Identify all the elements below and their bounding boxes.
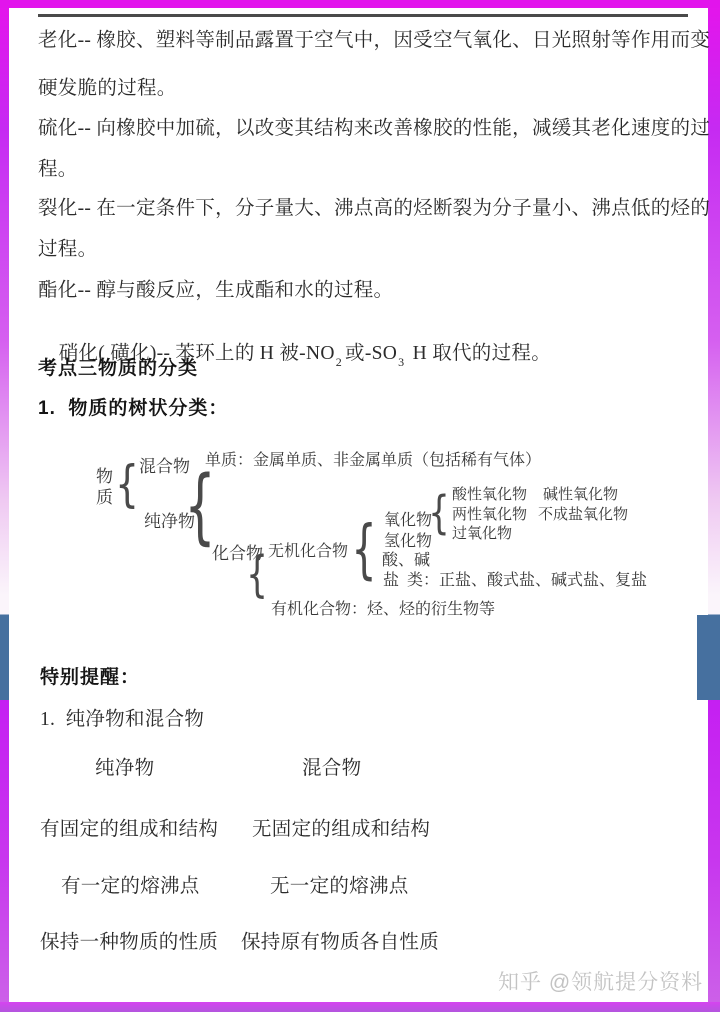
tree-oxide: 氧化物	[384, 511, 432, 531]
definition-line: 硫化-- 向橡胶中加硫，以改变其结构来改善橡胶的性能，减缓其老化速度的过	[38, 117, 710, 141]
compare-cell: 有固定的组成和结构	[40, 818, 218, 842]
compare-cell: 保持原有物质各自性质	[241, 931, 439, 955]
nitration-subscript-2: 2	[336, 355, 342, 369]
definition-line: 硬发脆的过程。	[38, 77, 177, 101]
tree-organic-line: 有机化合物：烃、烃的衍生物等	[271, 600, 495, 620]
frame-bottom-border	[0, 1002, 720, 1012]
definition-line: 酯化-- 醇与酸反应，生成酯和水的过程。	[38, 279, 393, 303]
tree-salt-line: 盐 类：正盐、酸式盐、碱式盐、复盐	[383, 571, 647, 591]
compare-cell: 无固定的组成和结构	[252, 818, 430, 842]
section-heading: 考点三物质的分类	[38, 357, 198, 381]
nitration-text-part2: 或-SO	[345, 343, 397, 364]
tree-amphoteric-oxide: 两性氧化物	[452, 506, 527, 525]
frame-right-blue-block	[697, 615, 720, 700]
tree-root-char-2: 质	[96, 487, 113, 508]
tree-hydride: 氢化物	[384, 532, 432, 552]
tree-basic-oxide: 碱性氧化物	[543, 486, 618, 505]
brace-inorganic-icon: {	[357, 510, 372, 590]
reminder-heading: 特别提醒：	[40, 666, 140, 690]
definition-line: 老化-- 橡胶、塑料等制品露置于空气中，因受空气氧化、日光照射等作用而变	[38, 29, 710, 53]
document-page: 老化-- 橡胶、塑料等制品露置于空气中，因受空气氧化、日光照射等作用而变 硬发脆…	[0, 0, 720, 1012]
frame-top-border	[0, 0, 720, 8]
tree-element-line: 单质：金属单质、非金属单质（包括稀有气体）	[205, 451, 541, 471]
brace-root-icon: {	[119, 452, 136, 516]
compare-cell: 有一定的熔沸点	[61, 875, 200, 899]
tree-acid-base: 酸、碱	[382, 551, 430, 571]
compare-title: 1. 纯净物和混合物	[40, 708, 204, 732]
tree-mixture: 混合物	[139, 456, 190, 477]
definition-line: 过程。	[38, 238, 97, 262]
definition-line: 程。	[38, 158, 78, 182]
tree-title: 1. 物质的树状分类：	[38, 397, 228, 421]
tree-non-salt-oxide: 不成盐氧化物	[538, 506, 628, 525]
frame-right-border	[708, 8, 720, 1012]
tree-inorganic: 无机化合物	[268, 542, 348, 562]
nitration-subscript-3: 3	[398, 355, 404, 369]
compare-header-mixture: 混合物	[302, 757, 361, 781]
compare-header-pure: 纯净物	[95, 757, 154, 781]
definition-line: 裂化-- 在一定条件下，分子量大、沸点高的烃断裂为分子量小、沸点低的烃的	[38, 197, 710, 221]
brace-oxide-icon: {	[432, 484, 447, 540]
top-rule-line	[38, 14, 688, 17]
tree-acidic-oxide: 酸性氧化物	[452, 486, 527, 505]
brace-compound-icon: {	[249, 543, 264, 605]
compare-cell: 无一定的熔沸点	[270, 875, 409, 899]
tree-root-char-1: 物	[96, 466, 113, 487]
frame-left-border	[0, 8, 9, 1012]
compare-cell: 保持一种物质的性质	[40, 931, 218, 955]
nitration-text-part3: H 取代的过程。	[407, 343, 551, 364]
tree-peroxide: 过氧化物	[452, 525, 512, 544]
zhihu-watermark: 知乎 @领航提分资料	[498, 966, 698, 996]
